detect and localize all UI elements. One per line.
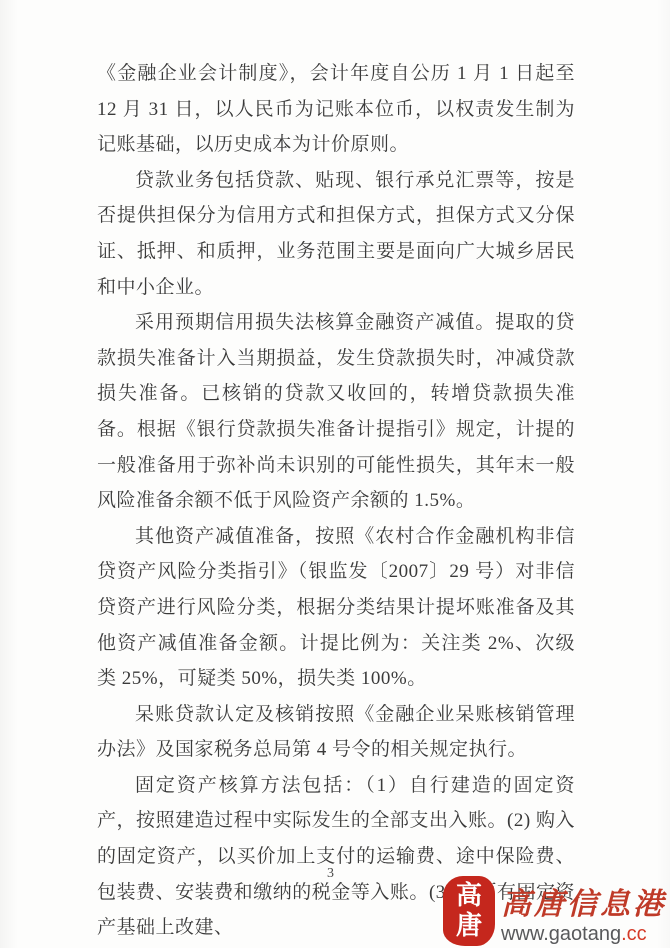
watermark-text-block: 高唐信息港 www.gaotang.cc: [501, 888, 666, 946]
watermark-url-suffix: .cc: [621, 923, 647, 945]
seal-char-bottom: 唐: [456, 911, 482, 941]
watermark-url: www.gaotang.cc: [501, 922, 647, 946]
paragraph: 贷款业务包括贷款、贴现、银行承兑汇票等，按是否提供担保分为信用方式和担保方式，担…: [97, 163, 575, 305]
paragraph: 其他资产减值准备，按照《农村合作金融机构非信贷资产风险分类指引》（银监发〔200…: [97, 519, 575, 697]
document-page: 《金融企业会计制度》，会计年度自公历 1 月 1 日起至 12 月 31 日，以…: [0, 0, 670, 948]
paragraph: 《金融企业会计制度》，会计年度自公历 1 月 1 日起至 12 月 31 日，以…: [97, 56, 575, 163]
paragraph: 采用预期信用损失法核算金融资产减值。提取的贷款损失准备计入当期损益，发生贷款损失…: [97, 305, 575, 519]
watermark-url-main: www.gaotang: [501, 923, 621, 945]
document-body: 《金融企业会计制度》，会计年度自公历 1 月 1 日起至 12 月 31 日，以…: [97, 56, 575, 946]
seal-char-top: 高: [456, 881, 482, 911]
paragraph: 呆账贷款认定及核销按照《金融企业呆账核销管理办法》及国家税务总局第 4 号令的相…: [97, 697, 575, 768]
watermark-site-name: 高唐信息港: [501, 888, 666, 922]
gaotang-seal-icon: 高 唐: [443, 876, 495, 946]
site-watermark: 高 唐 高唐信息港 www.gaotang.cc: [443, 876, 666, 946]
